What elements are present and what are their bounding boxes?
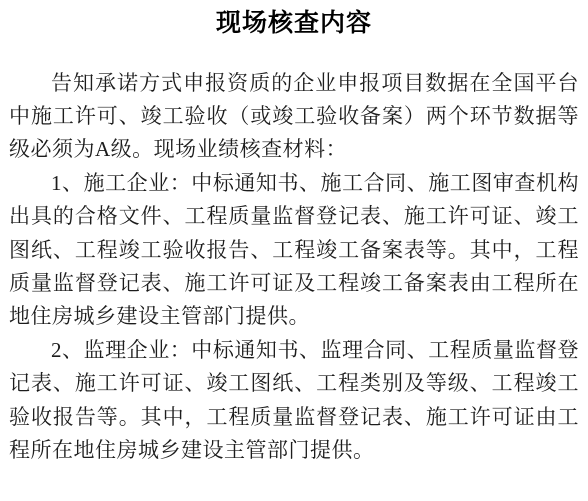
document-body: 告知承诺方式申报资质的企业申报项目数据在全国平台中施工许可、竣工验收（或竣工验收…	[9, 67, 579, 468]
document-page: 现场核查内容 告知承诺方式申报资质的企业申报项目数据在全国平台中施工许可、竣工验…	[0, 0, 588, 501]
paragraph-intro: 告知承诺方式申报资质的企业申报项目数据在全国平台中施工许可、竣工验收（或竣工验收…	[9, 67, 579, 167]
page-title: 现场核查内容	[9, 8, 579, 41]
paragraph-item-construction-enterprise: 1、施工企业：中标通知书、施工合同、施工图审查机构出具的合格文件、工程质量监督登…	[9, 167, 579, 334]
paragraph-item-supervision-enterprise: 2、监理企业：中标通知书、监理合同、工程质量监督登记表、施工许可证、竣工图纸、工…	[9, 334, 579, 468]
